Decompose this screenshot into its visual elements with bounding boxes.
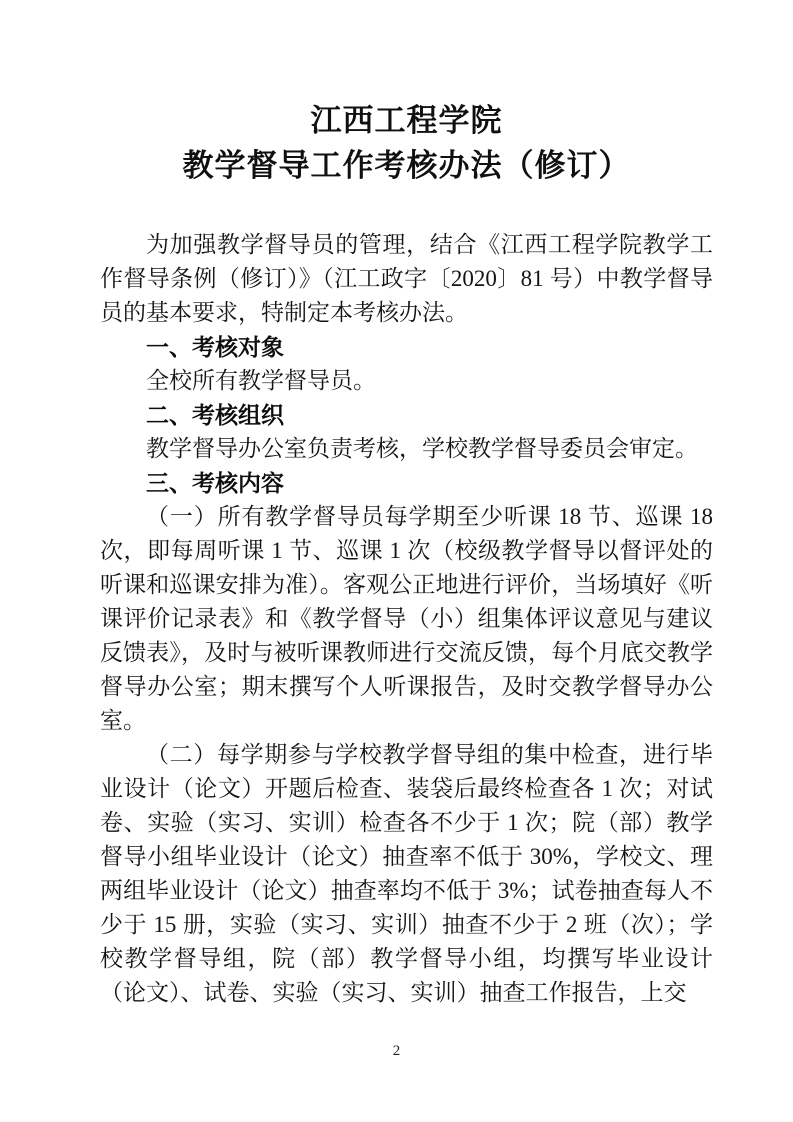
body-paragraph: （一）所有教学督导员每学期至少听课 18 节、巡课 18 次，即每周听课 1 节… — [100, 500, 713, 738]
title-line-1: 江西工程学院 — [100, 98, 713, 143]
document-body: 为加强教学督导员的管理，结合《江西工程学院教学工作督导条例（修订）》（江工政字〔… — [100, 228, 713, 1010]
section-heading: 一、考核对象 — [100, 330, 713, 364]
title-line-2: 教学督导工作考核办法（修订） — [100, 143, 713, 188]
page-footer: 2 — [0, 1042, 793, 1060]
page-number: 2 — [393, 1043, 401, 1059]
body-paragraph: 教学督导办公室负责考核，学校教学督导委员会审定。 — [100, 432, 713, 466]
document-title: 江西工程学院 教学督导工作考核办法（修订） — [100, 98, 713, 188]
body-paragraph: 为加强教学督导员的管理，结合《江西工程学院教学工作督导条例（修订）》（江工政字〔… — [100, 228, 713, 330]
page-content: 江西工程学院 教学督导工作考核办法（修订） 为加强教学督导员的管理，结合《江西工… — [100, 98, 713, 1010]
section-heading: 三、考核内容 — [100, 466, 713, 500]
body-paragraph: 全校所有教学督导员。 — [100, 364, 713, 398]
document-page: 江西工程学院 教学督导工作考核办法（修订） 为加强教学督导员的管理，结合《江西工… — [0, 0, 793, 1122]
section-heading: 二、考核组织 — [100, 398, 713, 432]
body-paragraph: （二）每学期参与学校教学督导组的集中检查，进行毕业设计（论文）开题后检查、装袋后… — [100, 738, 713, 1010]
